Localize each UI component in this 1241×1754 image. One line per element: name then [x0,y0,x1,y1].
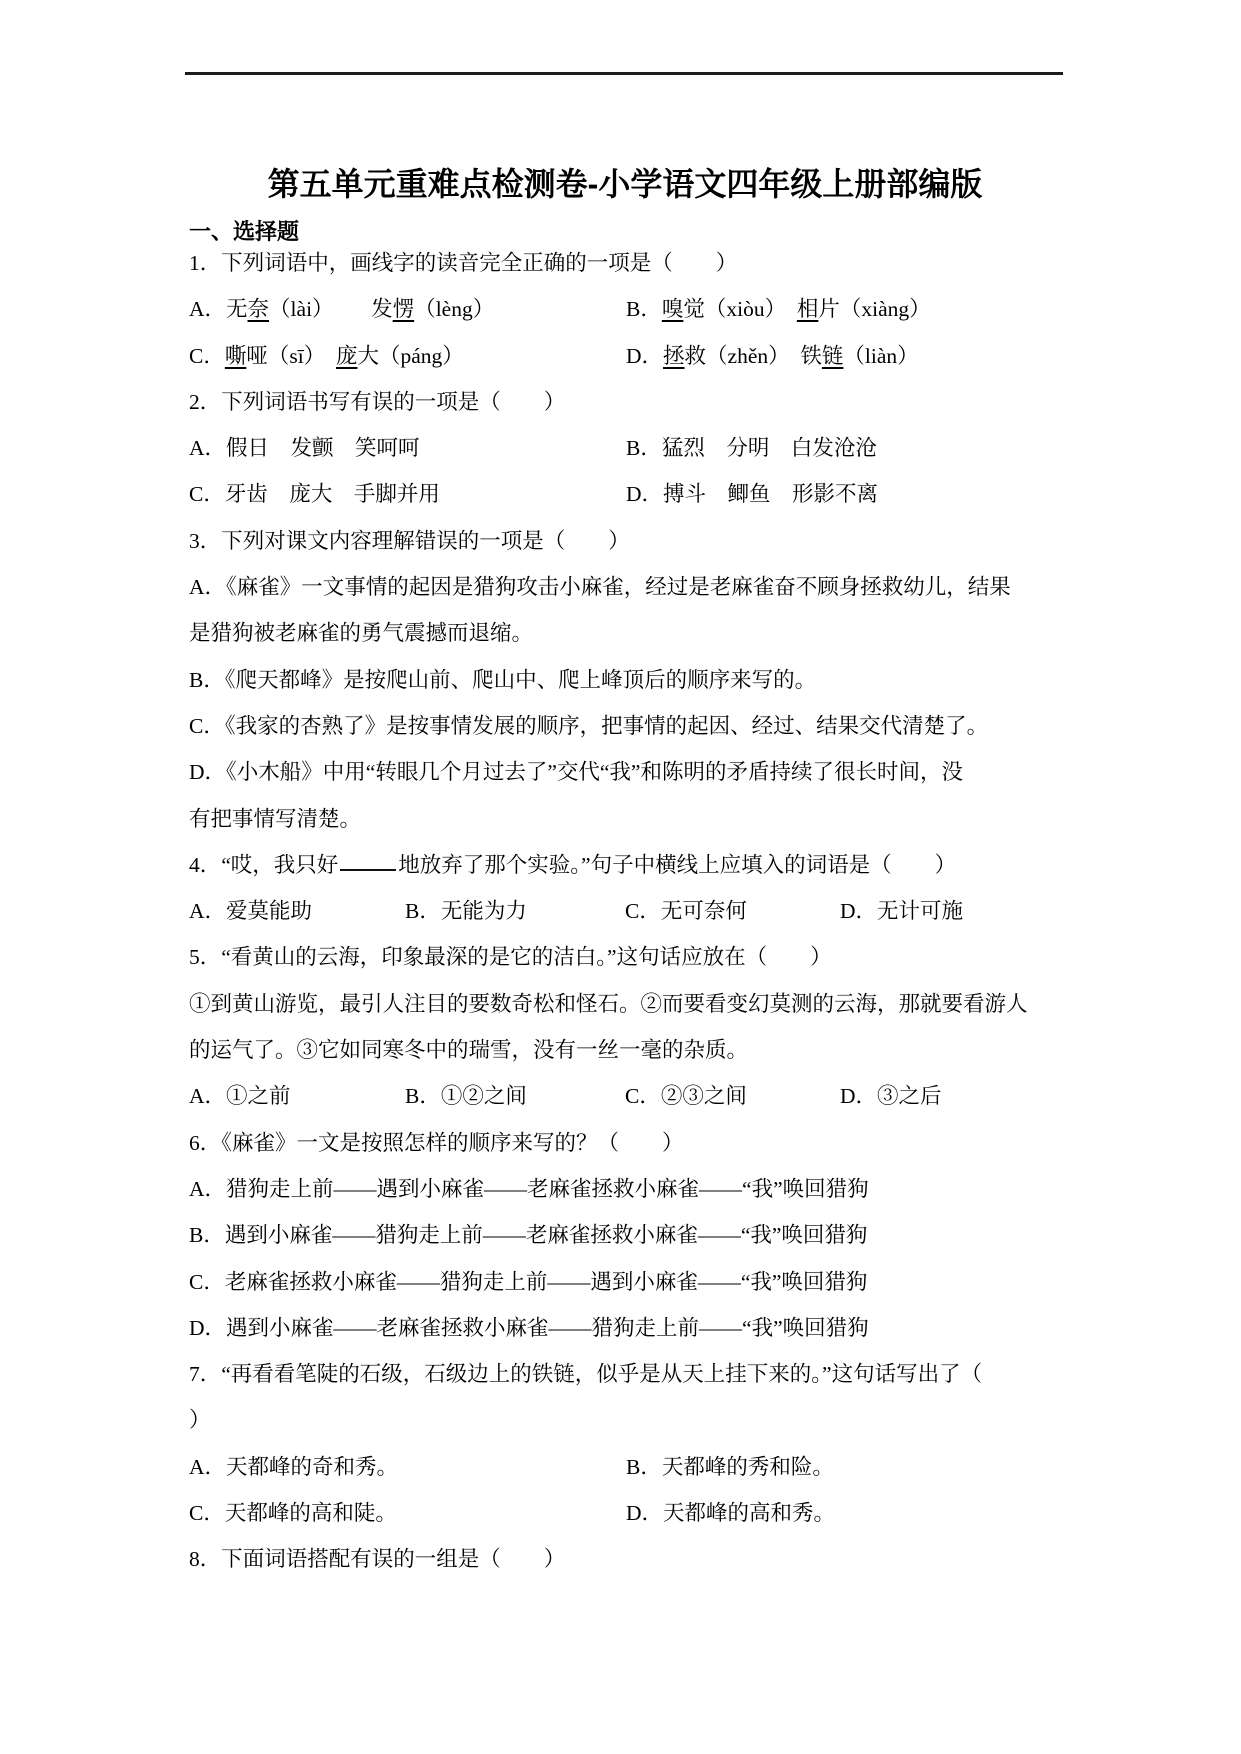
q1-option-c: C．嘶哑（sī） 庞大（páng） [189,333,464,379]
q3-option-a-line-2: 是猎狗被老麻雀的勇气震撼而退缩。 [189,610,1075,656]
q4-option-c: C．无可奈何 [625,888,747,934]
q3-option-c-text: C．《我家的杏熟了》是按事情发展的顺序，把事情的起因、经过、结果交代清楚了。 [189,703,988,749]
q3-option-b-text: B．《爬天都峰》是按爬山前、爬山中、爬上峰顶后的顺序来写的。 [189,657,816,703]
q3-option-a-cont: 是猎狗被老麻雀的勇气震撼而退缩。 [189,610,533,656]
q5-options: A．①之前B．①②之间C．②③之间D．③之后 [189,1073,1075,1119]
q1-option-d: D．拯救（zhěn） 铁链（liàn） [626,333,919,379]
q6-option-a-text: A．猎狗走上前——遇到小麻雀——老麻雀拯救小麻雀——“我”唤回猎狗 [189,1166,869,1212]
question-6-text: 6．《麻雀》一文是按照怎样的顺序来写的？（ ） [189,1120,684,1166]
question-6: 6．《麻雀》一文是按照怎样的顺序来写的？（ ） [189,1120,1075,1166]
q3-option-a: A．《麻雀》一文事情的起因是猎狗攻击小麻雀，经过是老麻雀奋不顾身拯救幼儿，结果 [189,564,1011,610]
question-4: 4．“哎，我只好地放弃了那个实验。”句子中横线上应填入的词语是（ ） [189,842,1075,888]
q4-options: A．爱莫能助B．无能为力C．无可奈何D．无计可施 [189,888,1075,934]
question-7-text: 7．“再看看笔陡的石级，石级边上的铁链，似乎是从天上挂下来的。”这句话写出了（ [189,1351,982,1397]
q5-context-1: ①到黄山游览，最引人注目的要数奇松和怪石。②而要看变幻莫测的云海，那就要看游人 [189,981,1028,1027]
q6-option-c: C．老麻雀拯救小麻雀——猎狗走上前——遇到小麻雀——“我”唤回猎狗 [189,1259,1075,1305]
question-7-cont: ） [189,1397,211,1443]
q7-option-c: C．天都峰的高和陡。 [189,1490,397,1536]
q7-options-ab: A．天都峰的奇和秀。B．天都峰的秀和险。 [189,1444,1075,1490]
question-1-text: 1．下列词语中，画线字的读音完全正确的一项是（ ） [189,240,737,286]
test-paper-page: 第五单元重难点检测卷-小学语文四年级上册部编版 一、选择题 1．下列词语中，画线… [0,0,1241,1754]
q3-option-a-line-1: A．《麻雀》一文事情的起因是猎狗攻击小麻雀，经过是老麻雀奋不顾身拯救幼儿，结果 [189,564,1075,610]
q3-option-b: B．《爬天都峰》是按爬山前、爬山中、爬上峰顶后的顺序来写的。 [189,657,1075,703]
q5-option-b: B．①②之间 [405,1073,527,1119]
q1-options-ab: A．无奈（lài） 发愣（lèng）B．嗅觉（xiòu） 相片（xiàng） [189,286,1075,332]
q2-option-b: B．猛烈 分明 白发沧沧 [626,425,877,471]
q6-option-b: B．遇到小麻雀——猎狗走上前——老麻雀拯救小麻雀——“我”唤回猎狗 [189,1212,1075,1258]
question-3: 3．下列对课文内容理解错误的一项是（ ） [189,518,1075,564]
q2-option-d: D．搏斗 鲫鱼 形影不离 [626,471,878,517]
question-list: 1．下列词语中，画线字的读音完全正确的一项是（ ）A．无奈（lài） 发愣（lè… [189,240,1075,1583]
header-rule [185,72,1063,75]
question-4-text: 4．“哎，我只好地放弃了那个实验。”句子中横线上应填入的词语是（ ） [189,842,956,888]
question-3-text: 3．下列对课文内容理解错误的一项是（ ） [189,518,630,564]
q3-option-d-line-2: 有把事情写清楚。 [189,796,1075,842]
q5-option-c: C．②③之间 [625,1073,747,1119]
q6-option-d-text: D．遇到小麻雀——老麻雀拯救小麻雀——猎狗走上前——“我”唤回猎狗 [189,1305,869,1351]
q7-option-a: A．天都峰的奇和秀。 [189,1444,398,1490]
q2-option-a: A．假日 发颤 笑呵呵 [189,425,420,471]
q2-option-c: C．牙齿 庞大 手脚并用 [189,471,440,517]
q2-options-cd: C．牙齿 庞大 手脚并用D．搏斗 鲫鱼 形影不离 [189,471,1075,517]
q2-options-ab: A．假日 发颤 笑呵呵B．猛烈 分明 白发沧沧 [189,425,1075,471]
question-7-line-2: ） [189,1397,1075,1443]
question-5: 5．“看黄山的云海，印象最深的是它的洁白。”这句话应放在（ ） [189,934,1075,980]
q4-option-b: B．无能为力 [405,888,527,934]
q6-option-c-text: C．老麻雀拯救小麻雀——猎狗走上前——遇到小麻雀——“我”唤回猎狗 [189,1259,867,1305]
q1-option-b: B．嗅觉（xiòu） 相片（xiàng） [626,286,931,332]
question-2: 2．下列词语书写有误的一项是（ ） [189,379,1075,425]
q7-option-b: B．天都峰的秀和险。 [626,1444,834,1490]
q5-option-a: A．①之前 [189,1073,291,1119]
page-title: 第五单元重难点检测卷-小学语文四年级上册部编版 [180,162,1070,206]
q1-option-a: A．无奈（lài） 发愣（lèng） [189,286,494,332]
q6-option-d: D．遇到小麻雀——老麻雀拯救小麻雀——猎狗走上前——“我”唤回猎狗 [189,1305,1075,1351]
question-8: 8．下面词语搭配有误的一组是（ ） [189,1536,1075,1582]
question-5-text: 5．“看黄山的云海，印象最深的是它的洁白。”这句话应放在（ ） [189,934,832,980]
q6-option-a: A．猎狗走上前——遇到小麻雀——老麻雀拯救小麻雀——“我”唤回猎狗 [189,1166,1075,1212]
q5-context-2: 的运气了。③它如同寒冬中的瑞雪，没有一丝一毫的杂质。 [189,1027,748,1073]
q3-option-d: D．《小木船》中用“转眼几个月过去了”交代“我”和陈明的矛盾持续了很长时间，没 [189,749,963,795]
fill-in-blank [340,869,396,871]
q4-option-d: D．无计可施 [840,888,963,934]
q5-context-line-2: 的运气了。③它如同寒冬中的瑞雪，没有一丝一毫的杂质。 [189,1027,1075,1073]
q7-option-d: D．天都峰的高和秀。 [626,1490,835,1536]
question-7-line-1: 7．“再看看笔陡的石级，石级边上的铁链，似乎是从天上挂下来的。”这句话写出了（ [189,1351,1075,1397]
q1-options-cd: C．嘶哑（sī） 庞大（páng）D．拯救（zhěn） 铁链（liàn） [189,333,1075,379]
question-8-text: 8．下面词语搭配有误的一组是（ ） [189,1536,565,1582]
q5-context-line-1: ①到黄山游览，最引人注目的要数奇松和怪石。②而要看变幻莫测的云海，那就要看游人 [189,981,1075,1027]
question-1: 1．下列词语中，画线字的读音完全正确的一项是（ ） [189,240,1075,286]
q5-option-d: D．③之后 [840,1073,942,1119]
q3-option-c: C．《我家的杏熟了》是按事情发展的顺序，把事情的起因、经过、结果交代清楚了。 [189,703,1075,749]
q3-option-d-cont: 有把事情写清楚。 [189,796,361,842]
q3-option-d-line-1: D．《小木船》中用“转眼几个月过去了”交代“我”和陈明的矛盾持续了很长时间，没 [189,749,1075,795]
q7-options-cd: C．天都峰的高和陡。D．天都峰的高和秀。 [189,1490,1075,1536]
q6-option-b-text: B．遇到小麻雀——猎狗走上前——老麻雀拯救小麻雀——“我”唤回猎狗 [189,1212,867,1258]
q4-option-a: A．爱莫能助 [189,888,312,934]
question-2-text: 2．下列词语书写有误的一项是（ ） [189,379,565,425]
